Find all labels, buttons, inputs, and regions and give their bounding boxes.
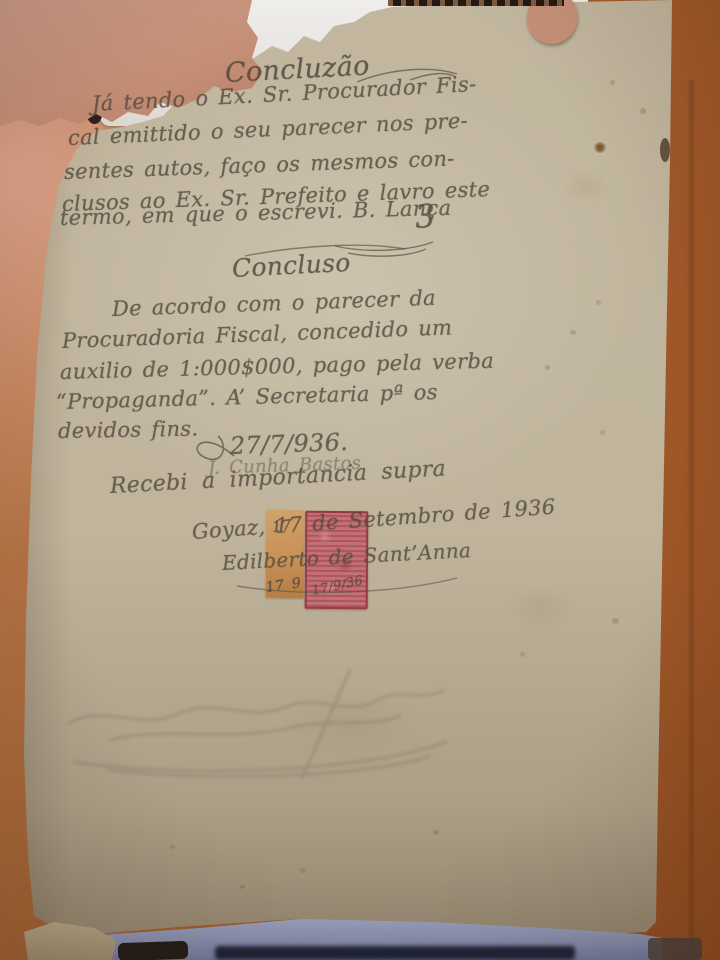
place-date-line: Goyaz, 17 de Setembro de 1936: [191, 495, 556, 544]
stamp-annotation-orange-top: 17: [271, 516, 292, 536]
clerk-mark: 3: [414, 197, 437, 236]
heading-2-flourish: [240, 240, 410, 260]
dark-corner-bottom-right: [648, 938, 702, 960]
blue-slip-dark-print: [215, 946, 575, 960]
handwritten-line: auxilio de 1:000$000, pago pela verba: [60, 349, 495, 384]
handwriting-layer: Concluzão Já tendo o Ex. Sr. Procurador …: [0, 0, 720, 960]
photo-of-document: Concluzão Já tendo o Ex. Sr. Procurador …: [0, 0, 720, 960]
signature-recipient: Edilberto de Sant’Anna: [221, 538, 471, 575]
handwritten-line: Procuradoria Fiscal, concedido um: [62, 315, 453, 353]
handwritten-line: “Propaganda”. A’ Secretaria pª os: [56, 380, 438, 414]
handwritten-line: sentes autos, faço os mesmos con-: [64, 146, 455, 184]
handwritten-line: De acordo com o parecer da: [112, 286, 437, 321]
dark-scrap-bottom-left: [118, 941, 189, 960]
handwritten-line: cal emittido o seu parecer nos pre-: [67, 109, 468, 150]
handwritten-line: devidos fins.: [58, 417, 199, 443]
